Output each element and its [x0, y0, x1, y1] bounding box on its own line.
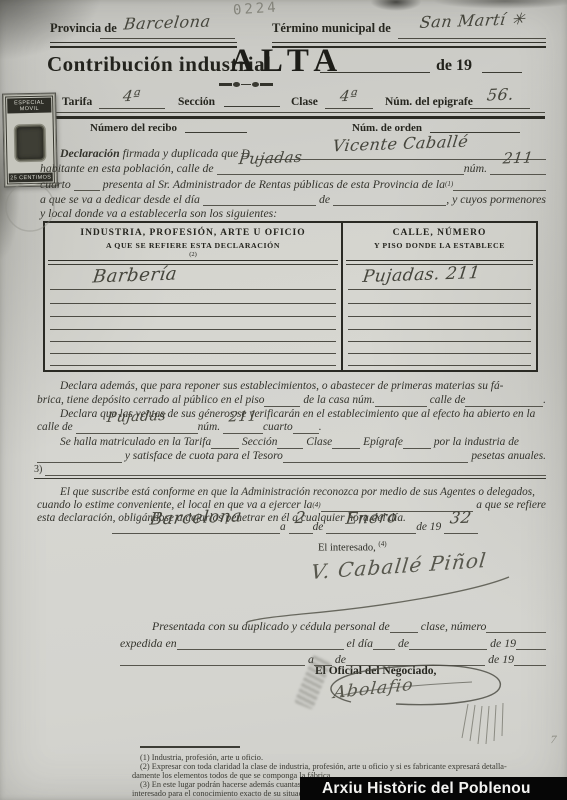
clase-value: 4ª — [339, 89, 359, 105]
para1-text-a: Declara además, que para reponer sus est… — [60, 380, 503, 393]
industry-column: INDUSTRIA, PROFESIÓN, ARTE U OFICIO A QU… — [45, 223, 341, 370]
seccion-field — [224, 106, 280, 107]
para3-clase: Clase — [306, 436, 332, 449]
ruled-line — [348, 329, 531, 330]
epigrafe-label: Núm. del epigrafe — [385, 96, 473, 108]
para2-line2: calle de Pujadas núm. 211 cuarto . — [37, 421, 367, 434]
tarifa-value: 4ª — [122, 89, 142, 105]
street-number-field: 211 — [490, 162, 546, 175]
scanned-tax-form: 0224 Provincia de Barcelona Término muni… — [0, 0, 567, 800]
footnote-mark-1: (1) — [445, 178, 453, 191]
office-text-3c: de 19 — [488, 653, 514, 666]
dia-field — [203, 193, 316, 206]
month-value: Enero — [344, 509, 397, 527]
ruled-line — [50, 329, 336, 330]
office-line1: Presentada con su duplicado y cédula per… — [152, 620, 546, 633]
para3-text-g: pesetas anuales. — [471, 450, 546, 463]
office-line2: expedida en el día de de 19 — [120, 637, 546, 650]
declaracion-text-4a: a que se va a dedicar desde el día — [40, 193, 200, 206]
para1-line1: Declara además, que para reponer sus est… — [60, 380, 546, 393]
ruled-line — [50, 341, 336, 342]
office-text-2a: expedida en — [120, 637, 177, 650]
ruled-line — [50, 289, 336, 290]
address-header-title: CALLE, NÚMERO — [343, 228, 536, 238]
declarant-signature: V. Caballé Piñol — [310, 550, 488, 582]
ruled-line — [348, 289, 531, 290]
para2-text-d: cuarto — [263, 421, 293, 434]
office-anio-field — [516, 637, 546, 650]
declaracion-text-1: firmada y duplicada que D. — [123, 147, 253, 160]
epigrafe2-field — [403, 436, 431, 449]
clase-field: 4ª — [325, 88, 373, 109]
casa-num-field — [375, 394, 427, 407]
provincia-value: Barcelona — [123, 13, 212, 32]
para2-street-field: Pujadas — [76, 421, 198, 434]
office-anio2-field — [514, 653, 546, 666]
address-column-header: CALLE, NÚMERO Y PISO DONDE LA ESTABLECE — [343, 223, 536, 260]
office-mes-field — [409, 637, 487, 650]
footnote-2: (2) Expresar con toda claridad la clase … — [140, 762, 507, 771]
termino-field: San Martí ✳ — [398, 13, 546, 39]
official-signature: Abolafio — [332, 677, 414, 702]
address-column-body: Pujadas. 211 — [343, 265, 536, 370]
street-value: Pujadas — [238, 150, 303, 167]
pencil-note: 7 — [549, 736, 557, 746]
year-field: 32 — [444, 521, 478, 534]
declaracion-line-2: habitante en esta población, calle de Pu… — [40, 162, 546, 175]
para2-cuarto-field — [293, 421, 319, 434]
interesado-footnote-mark: (4) — [378, 540, 386, 548]
form-title-alta: ALTA — [230, 43, 344, 80]
epigrafe-value: 56. — [485, 87, 514, 104]
mes-field — [333, 193, 446, 206]
ruled-line — [348, 353, 531, 354]
cuota-field — [283, 450, 469, 463]
office-blank3 — [120, 653, 305, 666]
provincia-field: Barcelona — [100, 15, 235, 39]
seccion2-field — [277, 436, 303, 449]
para2-text-b: calle de — [37, 421, 73, 434]
industria-field — [37, 450, 122, 463]
recibo-label: Número del recibo — [90, 122, 177, 134]
declaracion-line-5: y local donde va a establecerla son los … — [40, 207, 440, 220]
ruled-line — [50, 316, 336, 317]
consent-line1: El que suscribe está conforme en que la … — [60, 486, 546, 499]
city-field: Barcelona — [112, 521, 280, 534]
para2-num-value: 211 — [228, 410, 258, 425]
para1-line2: brica, tiene depósito cerrado al público… — [37, 394, 546, 407]
declaracion-text-2: habitante en esta población, calle de — [40, 162, 214, 175]
epigrafe-field: 56. — [470, 87, 530, 109]
para3-line2: y satisface de cuota para el Tesoro pese… — [37, 450, 546, 463]
office-text-2c: de — [398, 637, 409, 650]
para3-text-e: por la industria de — [434, 436, 519, 449]
office-dia-field — [373, 637, 395, 650]
industry-table: INDUSTRIA, PROFESIÓN, ARTE U OFICIO A QU… — [43, 221, 538, 372]
ruled-line — [50, 365, 336, 366]
year-value: 32 — [449, 510, 472, 527]
clase-label: Clase — [291, 96, 318, 108]
cuarto-field — [74, 178, 100, 191]
declaracion-text-4b: de — [319, 193, 330, 206]
street-field: Pujadas — [217, 162, 464, 175]
industry-column-body: Barbería — [45, 265, 341, 370]
archive-watermark: Arxiu Històric del Poblenou — [300, 777, 567, 800]
para2-num-field: 211 — [223, 421, 263, 434]
interesado-label: El interesado, (4) — [318, 540, 387, 554]
coat-of-arms — [17, 127, 44, 160]
date-line: Barcelona a 2 de Enero de 19 32 — [112, 521, 472, 534]
provincia-rule — [50, 42, 237, 48]
para2-text-c: núm. — [198, 421, 220, 434]
industry-column-header: INDUSTRIA, PROFESIÓN, ARTE U OFICIO A QU… — [45, 223, 341, 260]
footnote-mark-2: (2) — [45, 251, 341, 258]
title-ornament — [219, 82, 273, 87]
date-de19: de 19 — [416, 521, 441, 534]
ruled-line — [50, 353, 336, 354]
tarifa-field: 4ª — [99, 88, 165, 109]
declaracion-line-4: a que se va a dedicar desde el día de , … — [40, 193, 546, 206]
date-de: de — [313, 521, 324, 534]
dot: . — [543, 394, 546, 407]
title-year-blank — [482, 72, 522, 73]
declaracion-word: Declaración — [60, 147, 120, 160]
termino-value: San Martí ✳ — [418, 11, 525, 31]
para3-text-a: Se halla matriculado en la Tarifa — [60, 436, 211, 449]
industry-value: Barbería — [92, 266, 178, 287]
para3-epigrafe: Epígrafe — [363, 436, 403, 449]
ruled-line — [348, 341, 531, 342]
declarant-name: Vicente Caballé — [332, 134, 470, 155]
address-header-subtitle: Y PISO DONDE LA ESTABLECE — [343, 241, 536, 250]
address-column: CALLE, NÚMERO Y PISO DONDE LA ESTABLECE … — [341, 223, 536, 370]
declaracion-text-4c: , y cuyos pormenores — [446, 193, 546, 206]
title-blank — [320, 72, 430, 73]
tarifa2-field — [211, 436, 239, 449]
cuarto-label: cuarto — [40, 178, 71, 191]
serial-number-stamp: 0224 — [232, 0, 279, 19]
para1-text-b: brica, tiene depósito cerrado al público… — [37, 394, 264, 407]
industry-header-title: INDUSTRIA, PROFESIÓN, ARTE U OFICIO — [45, 228, 341, 238]
declaracion-text-3: presenta al Sr. Administrador de Rentas … — [103, 178, 445, 191]
consent-text-1: El que suscribe está conforme en que la … — [60, 486, 535, 499]
para3-seccion: Sección — [242, 436, 277, 449]
para1-text-c: de la casa núm. — [303, 394, 375, 407]
expedida-field — [177, 637, 344, 650]
seccion-label: Sección — [178, 96, 215, 108]
header-divider — [55, 112, 545, 119]
ruled-line — [50, 303, 336, 304]
street-number: 211 — [502, 150, 534, 166]
cedula-clase-field — [390, 620, 418, 633]
declaracion-text-5: y local donde va a establecerla son los … — [40, 207, 277, 220]
num-label: núm. — [464, 162, 487, 175]
footnote-mark-4: (4) — [312, 499, 320, 512]
form-title-year: de 19 — [436, 57, 472, 75]
para2-street-value: Pujadas — [106, 409, 167, 425]
industry-header-subtitle: A QUE SE REFIERE ESTA DECLARACIÓN — [45, 241, 341, 250]
clase2-field — [332, 436, 360, 449]
orden-label: Núm. de orden — [352, 122, 422, 134]
footnote-mark-3: 3) — [34, 463, 42, 476]
declaracion-line-3: cuarto presenta al Sr. Administrador de … — [40, 178, 546, 191]
termino-label: Término municipal de — [272, 21, 391, 36]
city-value: Barcelona — [149, 508, 243, 528]
footnote-divider — [140, 746, 240, 748]
piso-field — [264, 394, 300, 407]
ruled-line — [348, 316, 531, 317]
cedula-numero-field — [486, 620, 546, 633]
para3-text-f: y satisface de cuota para el Tesoro — [125, 450, 283, 463]
para1-text-d: calle de — [430, 394, 466, 407]
nota3-blank — [45, 463, 546, 476]
revenue-stamp-top-text: ESPECIAL MOVIL — [7, 98, 51, 114]
address-value: Pujadas. 211 — [362, 265, 481, 286]
dot2: . — [319, 421, 322, 434]
para1-calle-field — [465, 394, 543, 407]
oficial-label: El Oficial del Negociado, — [315, 665, 436, 677]
office-text-2d: de 19 — [490, 637, 516, 650]
office-text-1a: Presentada con su duplicado y cédula per… — [152, 620, 390, 633]
para3-line1: Se halla matriculado en la Tarifa Secció… — [60, 436, 546, 449]
ruled-line — [348, 365, 531, 366]
interesado-text: El interesado, — [318, 543, 376, 554]
office-text-1b: clase, número — [421, 620, 487, 633]
tarifa-label: Tarifa — [62, 96, 92, 108]
consent-text-2b: a que se refiere — [476, 499, 546, 512]
office-text-2b: el día — [347, 637, 374, 650]
declaracion-blank-3 — [453, 178, 546, 191]
extra-blank-line — [34, 478, 546, 479]
ruled-line — [348, 303, 531, 304]
day-field: 2 — [289, 521, 313, 534]
month-field: Enero — [326, 521, 416, 534]
day-value: 2 — [294, 510, 307, 526]
nota3-line: 3) — [34, 463, 546, 476]
footnote-1: (1) Industria, profesión, arte u oficio. — [140, 753, 263, 762]
recibo-field — [185, 132, 247, 133]
